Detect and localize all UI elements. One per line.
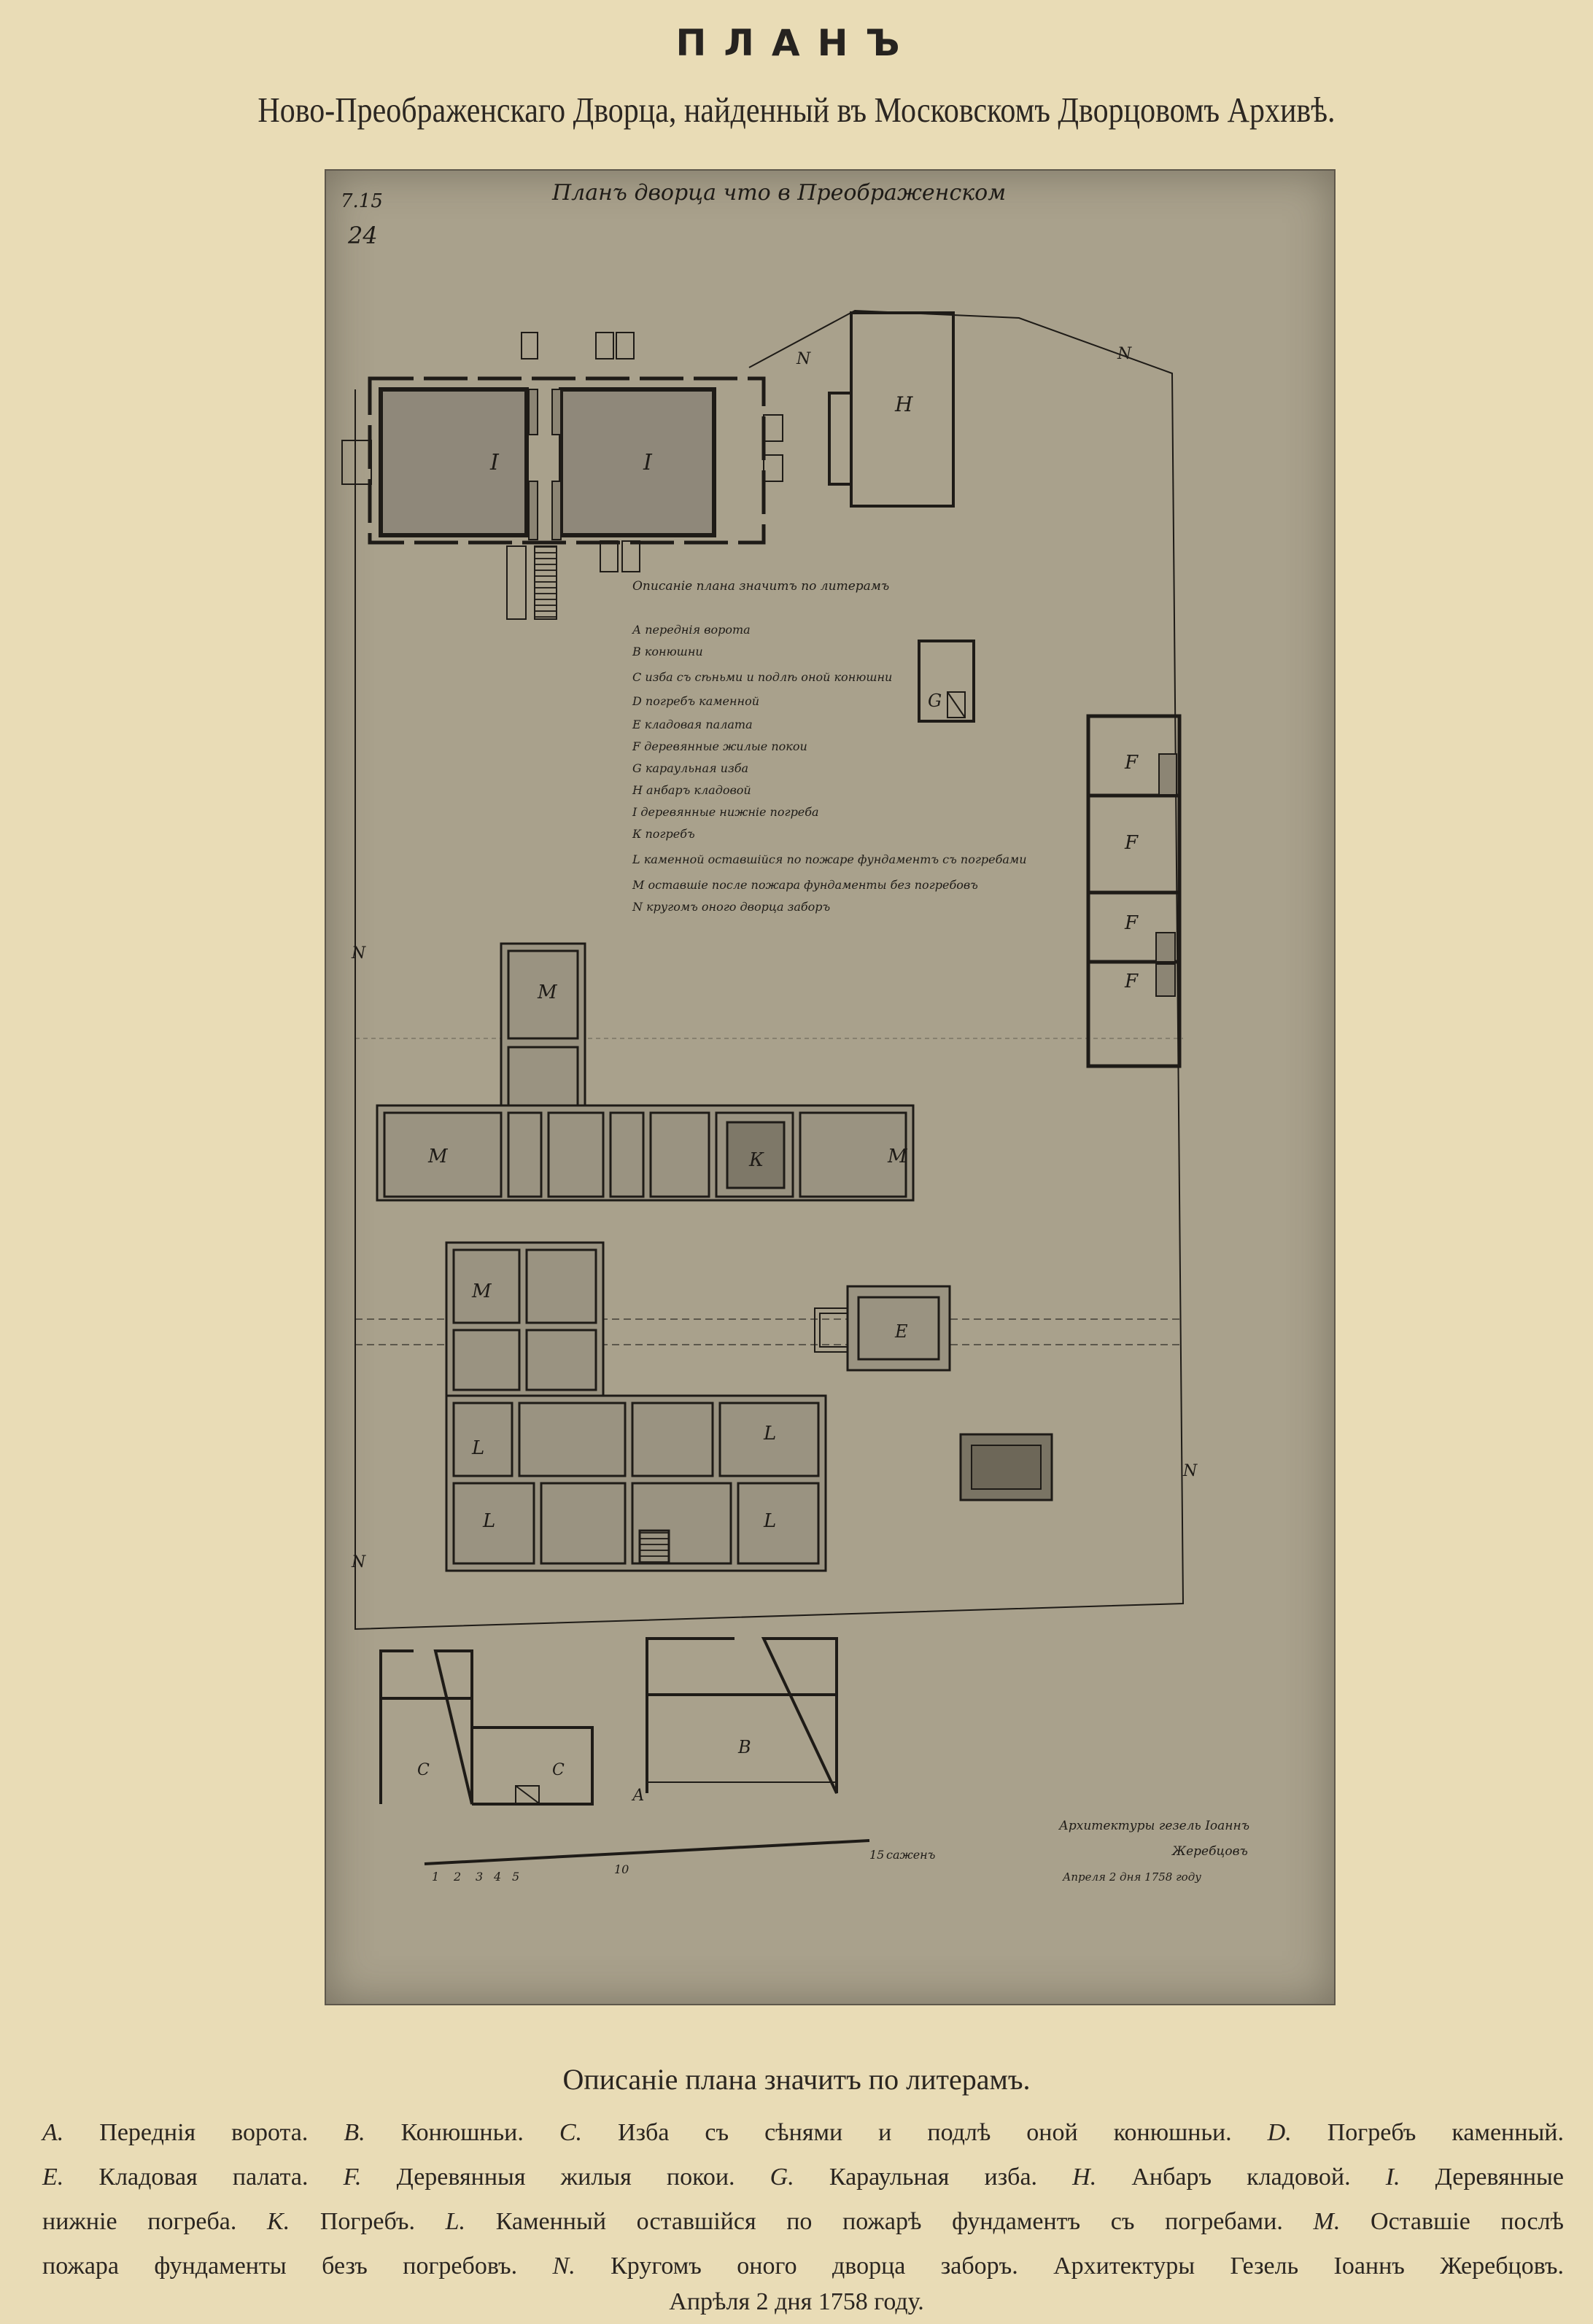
svg-text:N: N — [351, 1553, 366, 1571]
svg-text:L: L — [471, 1437, 484, 1459]
legend-title: Описаніе плана значитъ по литерамъ. — [0, 2062, 1593, 2096]
svg-text:Н: Н — [894, 392, 913, 416]
signature-line-1: Архитектуры гезель Іоаннъ — [1058, 1819, 1249, 1833]
svg-text:F: F — [1124, 912, 1139, 934]
svg-text:С изба съ сѣньми и подлѣ оной: С изба съ сѣньми и подлѣ оной конюшни — [632, 670, 892, 684]
svg-text:М оставшіе после пожара фундам: М оставшіе после пожара фундаменты без п… — [632, 878, 978, 892]
legend-line: E. Кладовая палата. F. Деревянныя жилыя … — [42, 2155, 1564, 2199]
signature-line-2: Жеребцовъ — [1171, 1844, 1248, 1859]
svg-text:М: М — [537, 982, 558, 1003]
building-E — [815, 1286, 950, 1370]
svg-text:В конюшни: В конюшни — [632, 645, 703, 658]
svg-text:В: В — [737, 1737, 751, 1757]
building-M-wing — [377, 944, 913, 1200]
signature-date: Апреля 2 дня 1758 году — [1062, 1870, 1201, 1884]
svg-text:D погребъ каменной: D погребъ каменной — [632, 694, 759, 708]
legend-date: Апрѣля 2 дня 1758 году. — [0, 2288, 1593, 2316]
svg-text:F: F — [1124, 971, 1139, 992]
svg-text:I: I — [643, 450, 653, 475]
legend-body: A. Переднія ворота. B. Конюшньи. C. Изба… — [42, 2110, 1564, 2288]
svg-text:2: 2 — [453, 1870, 461, 1884]
svg-text:N: N — [1117, 345, 1132, 363]
svg-text:7.15: 7.15 — [341, 190, 383, 212]
svg-text:1: 1 — [432, 1870, 439, 1884]
plan-photograph: Планъ дворца что в Преображенском 7.15 2… — [325, 169, 1336, 2005]
svg-text:L: L — [763, 1423, 776, 1445]
svg-text:G караульная изба: G караульная изба — [632, 761, 748, 775]
svg-text:К: К — [748, 1149, 764, 1171]
svg-text:N: N — [351, 944, 366, 963]
svg-text:Н анбаръ кладовой: Н анбаръ кладовой — [632, 783, 751, 797]
svg-text:Е: Е — [894, 1321, 908, 1342]
building-I — [342, 333, 783, 619]
building-C — [381, 1651, 592, 1804]
svg-text:С: С — [552, 1761, 565, 1779]
svg-text:I деревянные нижніе погреба: I деревянные нижніе погреба — [632, 805, 819, 819]
scale-ticks: 1 2 3 4 5 10 15 саженъ — [432, 1848, 935, 1884]
svg-text:N: N — [1182, 1462, 1198, 1480]
page-subtitle: Ново-Преображенскаго Дворца, найденный в… — [0, 90, 1593, 131]
svg-text:N: N — [796, 350, 811, 368]
svg-text:G: G — [928, 691, 942, 711]
svg-text:4: 4 — [493, 1870, 501, 1884]
svg-text:А: А — [631, 1787, 645, 1805]
svg-text:I: I — [489, 450, 500, 475]
svg-text:М: М — [471, 1280, 492, 1302]
svg-text:15: 15 — [869, 1848, 884, 1862]
page-title: ПЛАНЪ — [0, 22, 1593, 64]
legend-line: нижніе погреба. K. Погребъ. L. Каменный … — [42, 2199, 1564, 2244]
svg-text:А переднія ворота: А переднія ворота — [632, 623, 751, 637]
svg-text:L каменной оставшійся по пожар: L каменной оставшійся по пожаре фундамен… — [632, 852, 1027, 866]
svg-text:N кругомъ оного дворца заборъ: N кругомъ оного дворца заборъ — [632, 900, 830, 914]
svg-text:М: М — [427, 1146, 449, 1167]
svg-text:Е кладовая палата: Е кладовая палата — [632, 718, 753, 731]
svg-text:F: F — [1124, 752, 1139, 774]
svg-text:саженъ: саженъ — [886, 1848, 935, 1862]
svg-text:10: 10 — [614, 1862, 629, 1876]
legend-line: A. Переднія ворота. B. Конюшньи. C. Изба… — [42, 2110, 1564, 2155]
svg-text:3: 3 — [476, 1870, 483, 1884]
svg-text:С: С — [417, 1761, 430, 1779]
floor-plan-drawing: Планъ дворца что в Преображенском 7.15 2… — [326, 171, 1334, 2004]
building-H — [829, 313, 953, 506]
svg-text:L: L — [482, 1510, 495, 1532]
svg-text:Описаніе плана значитъ по лите: Описаніе плана значитъ по литерамъ — [632, 579, 889, 594]
svg-text:F деревянные жилые покои: F деревянные жилые покои — [632, 739, 807, 753]
building-B — [647, 1639, 837, 1793]
svg-text:М: М — [887, 1146, 908, 1167]
svg-text:F: F — [1124, 832, 1139, 854]
scale-bar — [425, 1841, 869, 1864]
svg-text:5: 5 — [512, 1870, 519, 1884]
svg-text:L: L — [763, 1510, 776, 1532]
ms-header: Планъ дворца что в Преображенском — [551, 180, 1006, 206]
legend-line: пожара фундаменты безъ погребовъ. N. Кру… — [42, 2244, 1564, 2288]
svg-text:К погребъ: К погребъ — [632, 827, 695, 841]
svg-text:24: 24 — [347, 222, 378, 249]
